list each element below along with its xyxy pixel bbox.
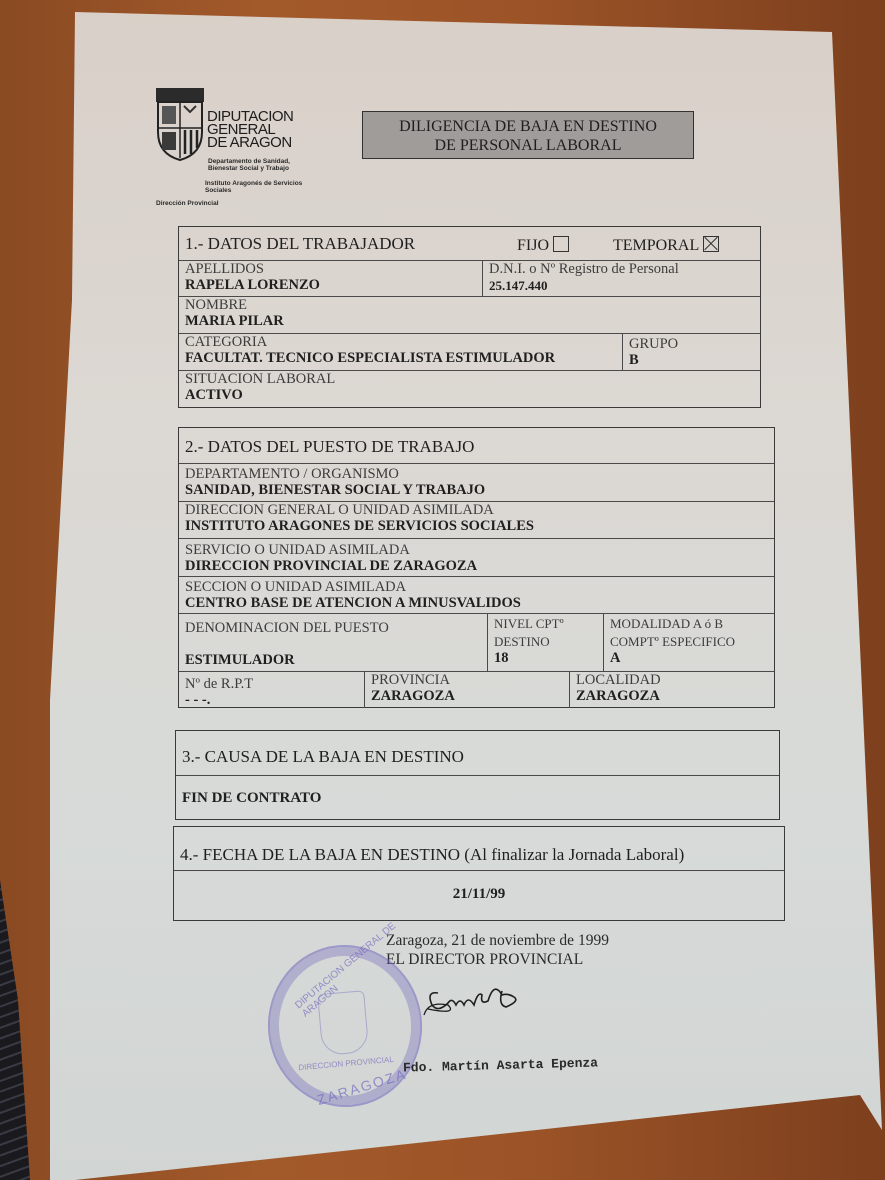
seccion-value: CENTRO BASE DE ATENCION A MINUSVALIDOS [185, 595, 774, 612]
servicio-value: DIRECCION PROVINCIAL DE ZARAGOZA [185, 558, 774, 575]
dni-cell: D.N.I. o Nº Registro de Personal 25.147.… [482, 261, 760, 296]
nombre-row: NOMBRE MARIA PILAR [179, 297, 760, 334]
document-title: DILIGENCIA DE BAJA EN DESTINO DE PERSONA… [362, 111, 694, 159]
grupo-value: B [629, 352, 760, 369]
section4-title: 4.- FECHA DE LA BAJA EN DESTINO (Al fina… [174, 845, 684, 865]
institute-line-2: Sociales [205, 187, 302, 194]
categoria-row: CATEGORIA FACULTAT. TECNICO ESPECIALISTA… [179, 334, 760, 371]
situacion-label: SITUACION LABORAL [185, 371, 760, 387]
title-line-1: DILIGENCIA DE BAJA EN DESTINO [363, 117, 693, 136]
servicio-row: SERVICIO O UNIDAD ASIMILADA DIRECCION PR… [179, 539, 774, 577]
localidad-label: LOCALIDAD [576, 672, 774, 688]
dni-label: D.N.I. o Nº Registro de Personal [489, 261, 760, 277]
nombre-value: MARIA PILAR [185, 313, 760, 330]
seccion-label: SECCION O UNIDAD ASIMILADA [185, 579, 774, 595]
nombre-label: NOMBRE [185, 297, 760, 313]
title-line-2: DE PERSONAL LABORAL [363, 136, 693, 155]
apellidos-value: RAPELA LORENZO [185, 277, 482, 294]
rpt-cell: Nº de R.P.T - - -. [179, 672, 364, 708]
direccion-label: DIRECCION GENERAL O UNIDAD ASIMILADA [185, 502, 774, 518]
coat-of-arms-icon [154, 88, 206, 163]
modalidad-cell: MODALIDAD A ó B COMPTº ESPECIFICO A [603, 614, 774, 671]
fijo-label: FIJO [517, 237, 549, 254]
temporal-option[interactable]: TEMPORAL [613, 236, 719, 255]
section-job-data: 2.- DATOS DEL PUESTO DE TRABAJO DEPARTAM… [178, 427, 775, 708]
org-line-3: DE ARAGON [207, 136, 293, 149]
date-value: 21/11/99 [453, 886, 506, 902]
direccion-value: INSTITUTO ARAGONES DE SERVICIOS SOCIALES [185, 518, 774, 535]
fijo-option[interactable]: FIJO [517, 236, 569, 255]
denominacion-value: ESTIMULADOR [185, 652, 295, 669]
provincia-label: PROVINCIA [371, 672, 569, 688]
section-cause: 3.- CAUSA DE LA BAJA EN DESTINO FIN DE C… [175, 730, 780, 820]
categoria-cell: CATEGORIA FACULTAT. TECNICO ESPECIALISTA… [179, 334, 622, 370]
departamento-value: SANIDAD, BIENESTAR SOCIAL Y TRABAJO [185, 482, 774, 499]
denominacion-label: DENOMINACION DEL PUESTO [185, 614, 487, 636]
cause-value: FIN DE CONTRATO [182, 790, 321, 807]
localidad-cell: LOCALIDAD ZARAGOZA [569, 672, 774, 708]
institute-text: Instituto Aragonés de Servicios Sociales [205, 180, 302, 194]
section2-header: 2.- DATOS DEL PUESTO DE TRABAJO [179, 428, 774, 464]
section2-title: 2.- DATOS DEL PUESTO DE TRABAJO [179, 437, 474, 457]
section4-header: 4.- FECHA DE LA BAJA EN DESTINO (Al fina… [174, 827, 784, 871]
departamento-row: DEPARTAMENTO / ORGANISMO SANIDAD, BIENES… [179, 464, 774, 502]
situacion-value: ACTIVO [185, 387, 760, 404]
grupo-cell: GRUPO B [622, 334, 760, 370]
nivel-label-2: DESTINO [494, 632, 603, 650]
localidad-value: ZARAGOZA [576, 688, 774, 705]
department-line-1: Departamento de Sanidad, [208, 158, 290, 165]
grupo-label: GRUPO [629, 336, 760, 352]
temporal-checkbox[interactable] [703, 236, 719, 252]
direction-text: Dirección Provincial [156, 200, 219, 207]
institute-line-1: Instituto Aragonés de Servicios [205, 180, 302, 187]
nivel-label-1: NIVEL CPTº [494, 616, 603, 632]
modalidad-label-1: MODALIDAD A ó B [610, 616, 774, 632]
modalidad-value: A [610, 650, 774, 667]
rpt-label: Nº de R.P.T [185, 676, 364, 692]
direccion-row: DIRECCION GENERAL O UNIDAD ASIMILADA INS… [179, 502, 774, 539]
categoria-label: CATEGORIA [185, 334, 622, 350]
section3-title: 3.- CAUSA DE LA BAJA EN DESTINO [176, 747, 464, 767]
department-line-2: Bienestar Social y Trabajo [208, 165, 290, 172]
section1-title: 1.- DATOS DEL TRABAJADOR [179, 234, 415, 254]
departamento-label: DEPARTAMENTO / ORGANISMO [185, 466, 774, 482]
nivel-cell: NIVEL CPTº DESTINO 18 [487, 614, 603, 671]
seccion-row: SECCION O UNIDAD ASIMILADA CENTRO BASE D… [179, 577, 774, 614]
apellidos-label: APELLIDOS [185, 261, 482, 277]
apellidos-cell: APELLIDOS RAPELA LORENZO [179, 261, 482, 296]
dni-value: 25.147.440 [489, 277, 760, 294]
categoria-value: FACULTAT. TECNICO ESPECIALISTA ESTIMULAD… [185, 350, 622, 367]
temporal-label: TEMPORAL [613, 237, 699, 254]
ubicacion-row: Nº de R.P.T - - -. PROVINCIA ZARAGOZA LO… [179, 672, 774, 708]
nivel-value: 18 [494, 650, 603, 667]
provincia-cell: PROVINCIA ZARAGOZA [364, 672, 569, 708]
denominacion-cell: DENOMINACION DEL PUESTO ESTIMULADOR [179, 614, 487, 671]
place-date: Zaragoza, 21 de noviembre de 1999 [386, 932, 609, 950]
provincia-value: ZARAGOZA [371, 688, 569, 705]
rpt-value: - - -. [185, 692, 364, 709]
stamp-middle-text: DIRECCION PROVINCIAL [298, 1055, 394, 1072]
section1-header: 1.- DATOS DEL TRABAJADOR FIJO TEMPORAL [179, 227, 760, 261]
situacion-row: SITUACION LABORAL ACTIVO [179, 371, 760, 407]
fijo-checkbox[interactable] [553, 236, 569, 252]
section-date: 4.- FECHA DE LA BAJA EN DESTINO (Al fina… [173, 826, 785, 921]
section4-value-row: 21/11/99 [174, 871, 784, 919]
modalidad-label-2: COMPTº ESPECIFICO [610, 632, 774, 650]
apellidos-row: APELLIDOS RAPELA LORENZO D.N.I. o Nº Reg… [179, 261, 760, 297]
servicio-label: SERVICIO O UNIDAD ASIMILADA [185, 542, 774, 558]
section3-header: 3.- CAUSA DE LA BAJA EN DESTINO [176, 731, 779, 776]
section3-value-row: FIN DE CONTRATO [176, 776, 779, 819]
puesto-row: DENOMINACION DEL PUESTO ESTIMULADOR NIVE… [179, 614, 774, 672]
background-cloth [0, 880, 30, 1180]
org-name: DIPUTACION GENERAL DE ARAGON [207, 110, 293, 149]
department-text: Departamento de Sanidad, Bienestar Socia… [208, 158, 290, 172]
handwritten-signature-icon [420, 965, 540, 1025]
section-worker-data: 1.- DATOS DEL TRABAJADOR FIJO TEMPORAL A… [178, 226, 761, 408]
